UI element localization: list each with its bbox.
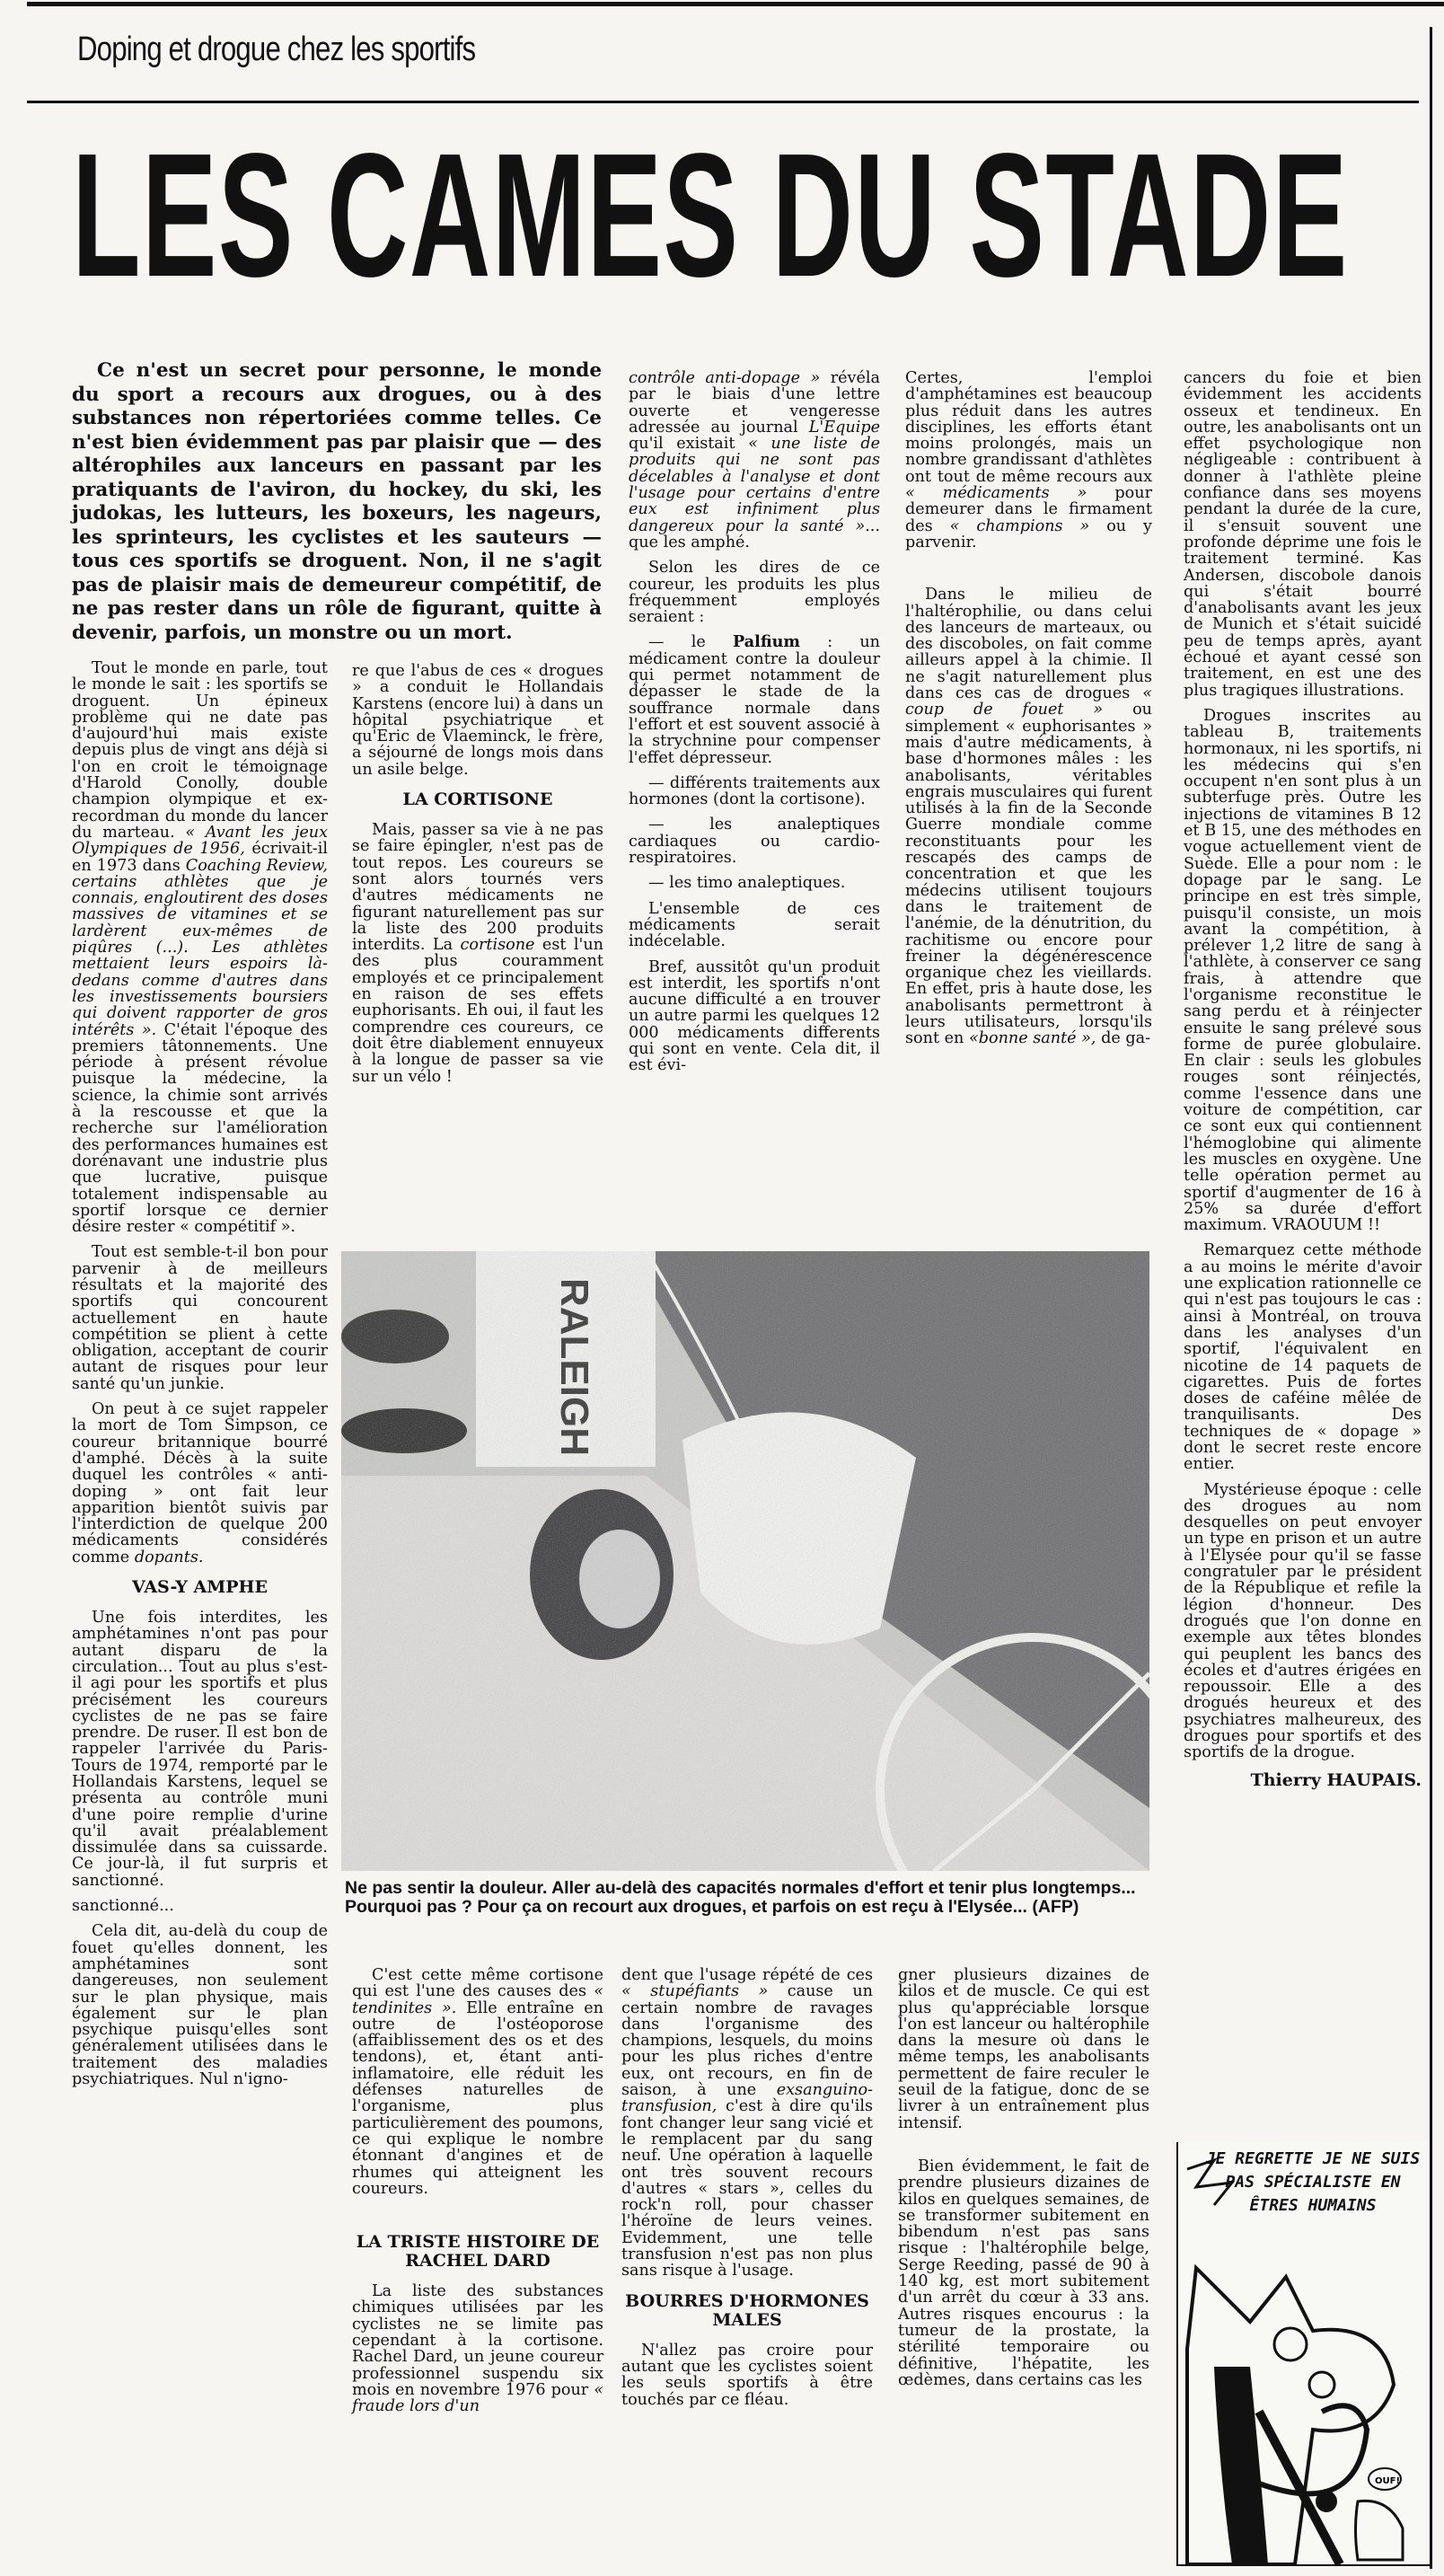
headline: LES CAMES DU STADE [72, 135, 1349, 296]
paragraph: cancers du foie et bien évidemment les a… [1184, 370, 1422, 699]
paragraph: Tout le monde en parle, tout le monde le… [72, 660, 328, 1235]
column-4: Certes, l'emploi d'amphétamines est beau… [905, 370, 1152, 1056]
paragraph: C'est cette même cortisone qui est l'une… [352, 1967, 603, 2197]
paragraph: Selon les dires de ce coureur, les produ… [629, 560, 880, 625]
paragraph: L'ensemble de ces médicaments serait ind… [629, 901, 880, 950]
cyclist-crash-photo: RALEIGH [341, 1251, 1149, 1871]
header-rule [27, 101, 1419, 103]
paragraph: Dans le milieu de l'haltérophilie, ou da… [905, 587, 1152, 1046]
paragraph: La liste des substances chimiques utilis… [352, 2283, 603, 2414]
paragraph: contrôle anti-dopage » révéla par le bia… [629, 370, 880, 551]
section-kicker: Doping et drogue chez les sportifs [77, 31, 475, 69]
paragraph: dent que l'usage répété de ces « stupéfi… [621, 1967, 873, 2280]
top-rule [27, 2, 1444, 6]
paragraph: Mystérieuse époque : celle des drogues a… [1184, 1482, 1422, 1761]
paragraph: N'allez pas croire pour autant que les c… [621, 2342, 873, 2408]
lead-text: Ce n'est un secret pour personne, le mon… [72, 359, 602, 645]
dragon-drawing-icon: OUF! [1178, 2142, 1430, 2564]
paragraph: re que l'abus de ces « drogues » a condu… [352, 663, 603, 778]
paragraph: — différents traitements aux hormones (d… [629, 775, 880, 808]
lead-paragraph: Ce n'est un secret pour personne, le mon… [72, 359, 602, 645]
paragraph: gner plusieurs dizaines de kilos et de m… [898, 1967, 1149, 2131]
paragraph: Bref, aussitôt qu'un produit est interdi… [629, 959, 880, 1074]
paragraph: — les timo analeptiques. [629, 875, 880, 891]
cartoon-illustration: JE REGRETTE JE NE SUIS PAS SPÉCIALISTE E… [1176, 2142, 1431, 2566]
paragraph: Tout est semble-t-il bon pour parvenir à… [72, 1244, 328, 1392]
subheading-rachel-dard: LA TRISTE HISTOIRE DE RACHEL DARD [352, 2233, 603, 2271]
paragraph: On peut à ce sujet rappeler la mort de T… [72, 1401, 328, 1566]
column-2: re que l'abus de ces « drogues » a condu… [352, 663, 603, 1094]
svg-text:OUF!: OUF! [1375, 2476, 1400, 2486]
paragraph: Certes, l'emploi d'amphétamines est beau… [905, 370, 1152, 551]
paragraph: Bien évidemment, le fait de prendre plus… [898, 2158, 1149, 2388]
subheading-vas-y-amphe: VAS-Y AMPHE [72, 1578, 328, 1597]
photo-caption: Ne pas sentir la douleur. Aller au-delà … [345, 1879, 1153, 1916]
paragraph: Drogues inscrites au tableau B, traiteme… [1184, 708, 1422, 1234]
photo-image: RALEIGH [341, 1251, 1149, 1871]
lower-column-4: gner plusieurs dizaines de kilos et de m… [898, 1967, 1149, 2397]
paragraph: Une fois interdites, les amphétamines n'… [72, 1610, 328, 1889]
paragraph: sanctionné... [72, 1898, 328, 1914]
paragraph: Cela dit, au-delà du coup de fouet qu'el… [72, 1923, 328, 2087]
paragraph: Remarquez cette méthode a au moins le mé… [1184, 1242, 1422, 1472]
lower-column-2: C'est cette même cortisone qui est l'une… [352, 1967, 603, 2424]
column-1: Tout le monde en parle, tout le monde le… [72, 660, 328, 2096]
lower-column-3: dent que l'usage répété de ces « stupéfi… [621, 1967, 873, 2417]
subheading-bourres-hormones: BOURRES D'HORMONES MALES [621, 2292, 873, 2330]
subheading-la-cortisone: LA CORTISONE [352, 790, 603, 809]
column-3: contrôle anti-dopage » révéla par le bia… [629, 370, 880, 1083]
column-5: cancers du foie et bien évidemment les a… [1184, 370, 1422, 1788]
paragraph: Mais, passer sa vie à ne pas se faire ép… [352, 822, 603, 1085]
author-signature: Thierry HAUPAIS. [1184, 1772, 1422, 1788]
paragraph: — les analeptiques cardiaques ou cardio-… [629, 816, 880, 866]
paragraph: — le Palfium : un médicament contre la d… [629, 634, 880, 765]
